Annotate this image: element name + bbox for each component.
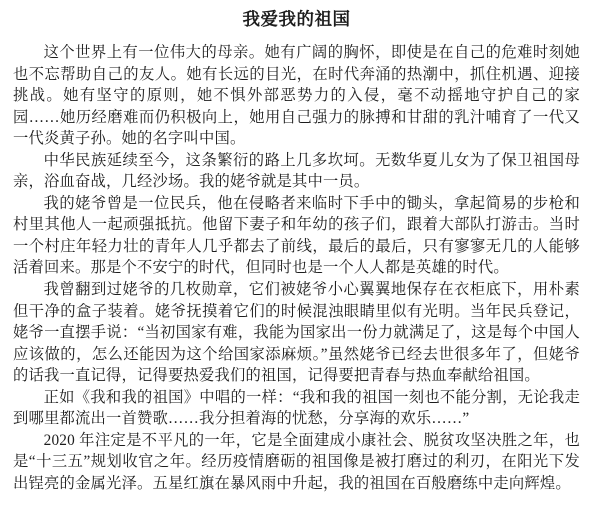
document-page: 我爱我的祖国 这个世界上有一位伟大的母亲。她有广阔的胸怀，即使是在自己的危难时刻… bbox=[0, 0, 593, 517]
essay-paragraph-6: 2020 年注定是不平凡的一年，它是全面建成小康社会、脱贫攻坚决胜之年，也是“十… bbox=[13, 430, 580, 495]
essay-paragraph-5: 正如《我和我的祖国》中唱的一样：“我和我的祖国一刻也不能分割，无论我走到哪里都流… bbox=[13, 387, 580, 430]
essay-paragraph-2: 中华民族延续至今，这条繁衍的路上几多坎坷。无数华夏儿女为了保卫祖国母亲，浴血奋战… bbox=[13, 150, 580, 193]
essay-title: 我爱我的祖国 bbox=[13, 7, 580, 31]
essay-paragraph-4: 我曾翻到过姥爷的几枚勋章，它们被姥爷小心翼翼地保存在衣柜底下，用朴素但干净的盒子… bbox=[13, 279, 580, 387]
essay-paragraph-3: 我的姥爷曾是一位民兵，他在侵略者来临时下手中的锄头，拿起简易的步枪和村里其他人一… bbox=[13, 193, 580, 279]
essay-body: 这个世界上有一位伟大的母亲。她有广阔的胸怀，即使是在自己的危难时刻她也不忘帮助自… bbox=[13, 42, 580, 494]
essay-paragraph-1: 这个世界上有一位伟大的母亲。她有广阔的胸怀，即使是在自己的危难时刻她也不忘帮助自… bbox=[13, 42, 580, 150]
